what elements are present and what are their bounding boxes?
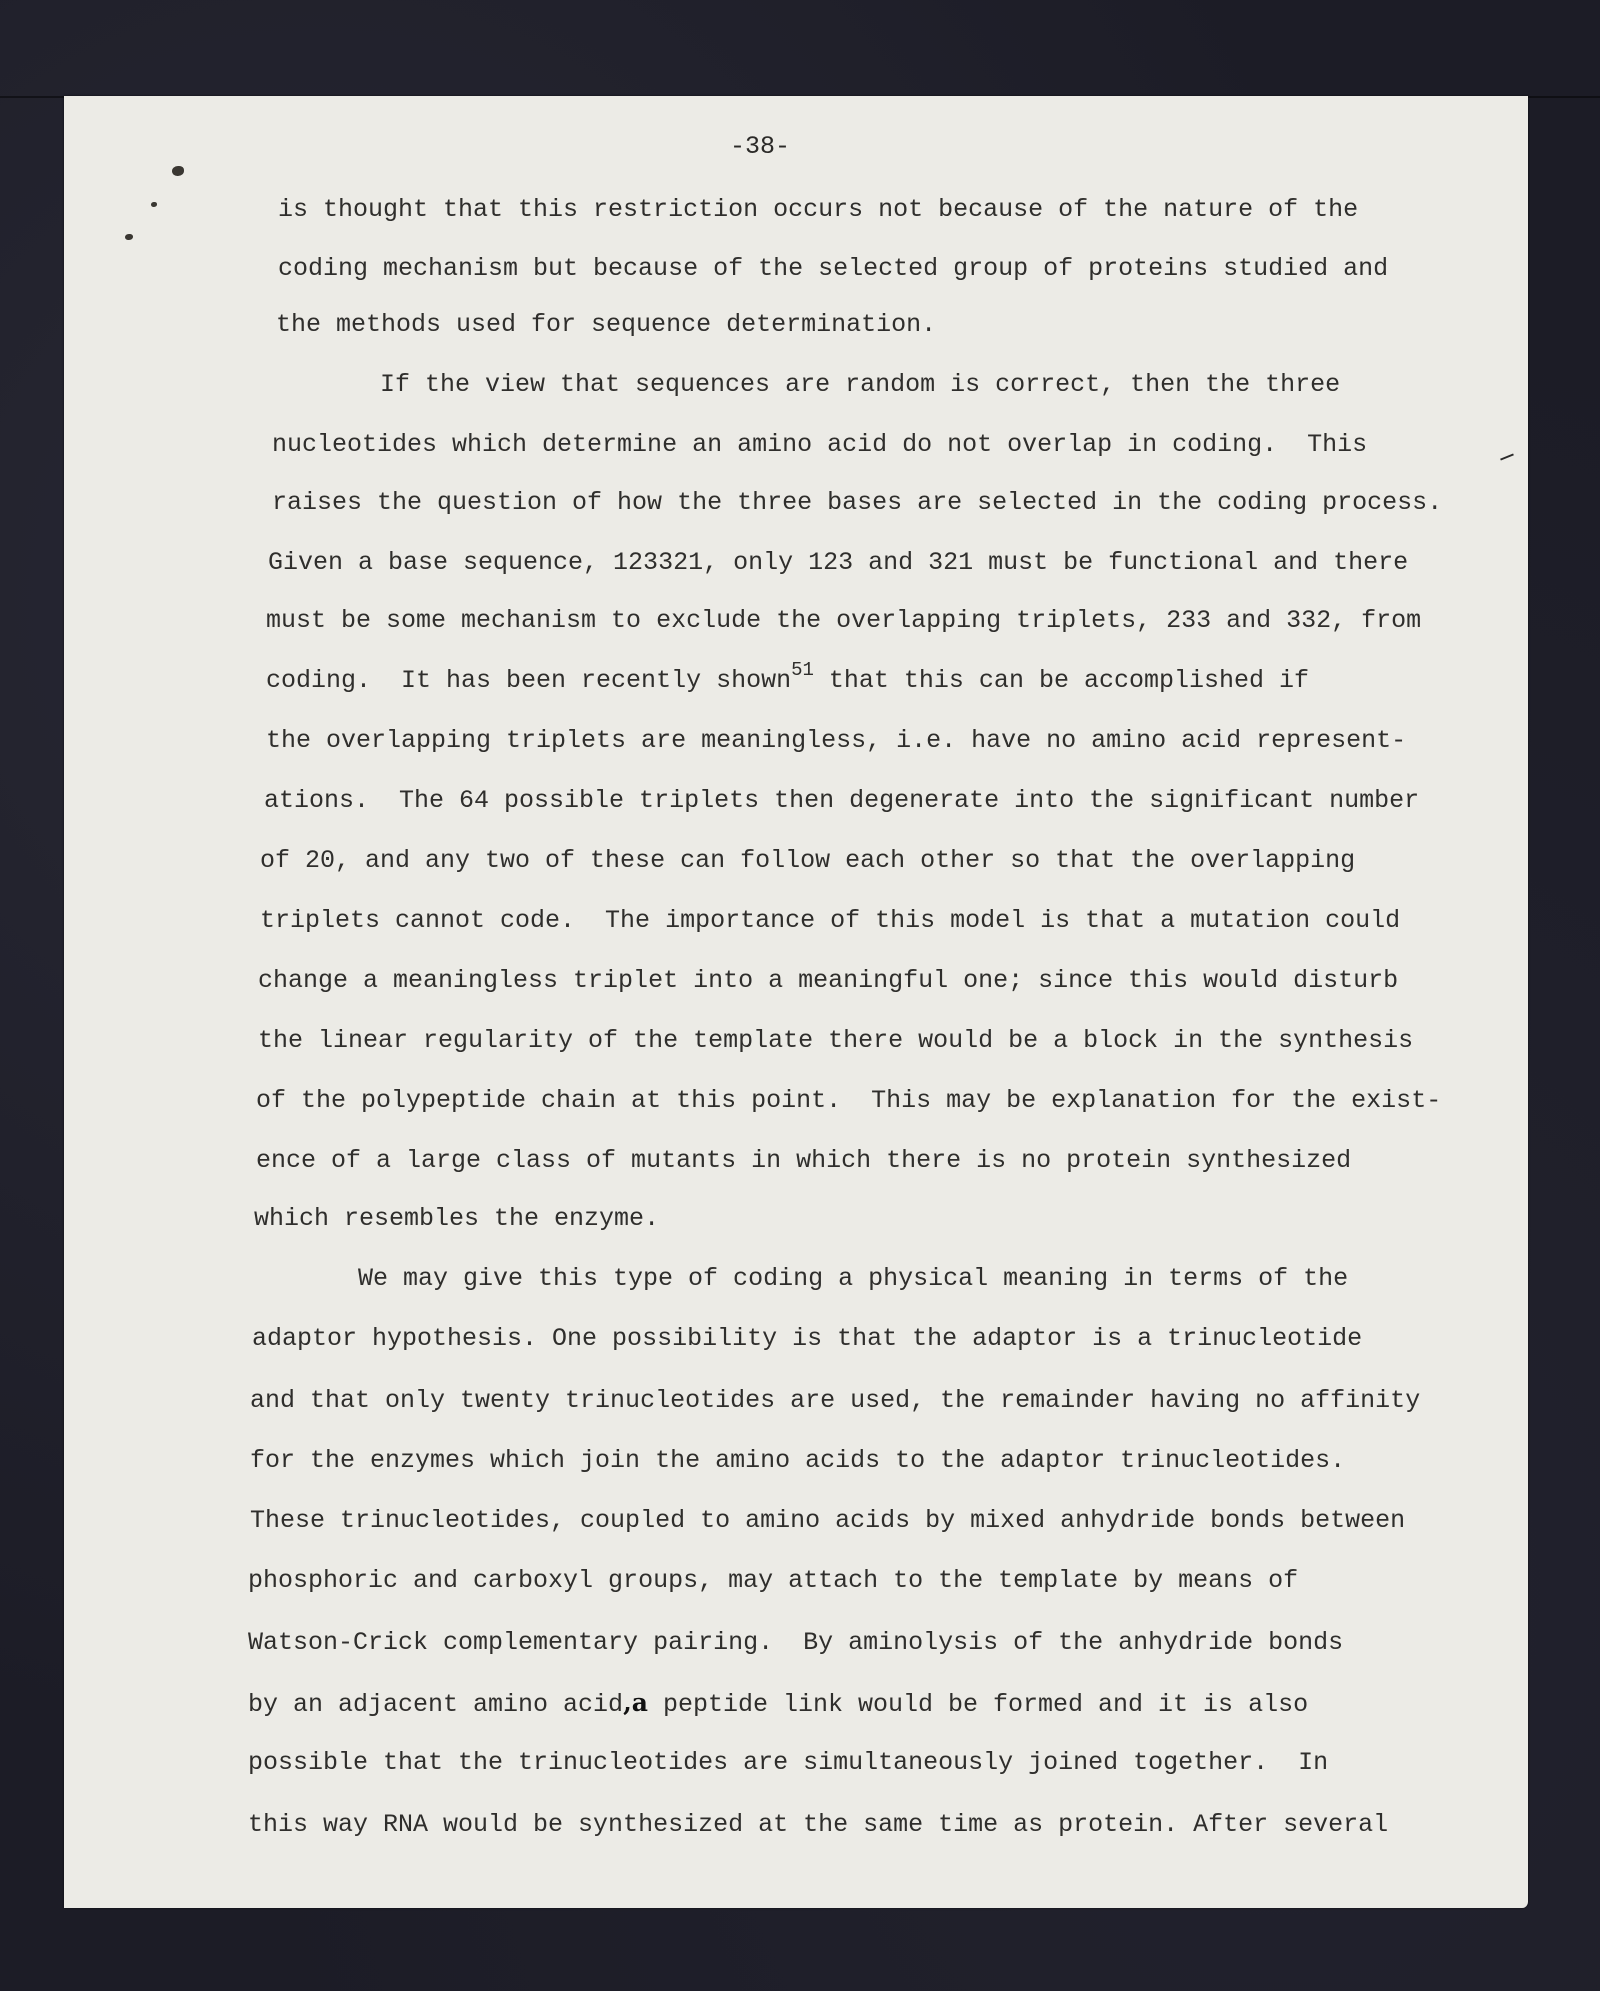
- text-segment: of 20, and any two of these can follow e…: [260, 846, 1355, 875]
- text-line: Watson-Crick complementary pairing. By a…: [248, 1628, 1343, 1658]
- text-segment: coding mechanism but because of the sele…: [278, 254, 1388, 283]
- text-line: ations. The 64 possible triplets then de…: [264, 786, 1419, 816]
- text-line: adaptor hypothesis. One possibility is t…: [252, 1324, 1362, 1354]
- text-segment: Watson-Crick complementary pairing. By a…: [248, 1628, 1343, 1657]
- text-segment: the linear regularity of the template th…: [258, 1026, 1413, 1055]
- text-segment: the methods used for sequence determinat…: [276, 310, 936, 339]
- text-segment: We may give this type of coding a physic…: [358, 1264, 1348, 1293]
- text-line: of the polypeptide chain at this point. …: [256, 1086, 1441, 1116]
- text-line: change a meaningless triplet into a mean…: [258, 966, 1398, 996]
- text-line: for the enzymes which join the amino aci…: [250, 1446, 1345, 1476]
- text-segment: for the enzymes which join the amino aci…: [250, 1446, 1345, 1475]
- text-line: of 20, and any two of these can follow e…: [260, 846, 1355, 876]
- text-segment: must be some mechanism to exclude the ov…: [266, 606, 1421, 635]
- text-line: possible that the trinucleotides are sim…: [248, 1748, 1328, 1778]
- text-line: which resembles the enzyme.: [254, 1204, 659, 1234]
- text-line: phosphoric and carboxyl groups, may atta…: [248, 1566, 1298, 1596]
- text-segment: These trinucleotides, coupled to amino a…: [250, 1506, 1405, 1535]
- text-segment: ations. The 64 possible triplets then de…: [264, 786, 1419, 815]
- text-line: coding. It has been recently shown51 tha…: [266, 666, 1309, 697]
- text-segment: triplets cannot code. The importance of …: [260, 906, 1400, 935]
- text-segment: change a meaningless triplet into a mean…: [258, 966, 1398, 995]
- text-segment: If the view that sequences are random is…: [380, 370, 1340, 399]
- text-line: We may give this type of coding a physic…: [358, 1264, 1348, 1294]
- text-segment: Given a base sequence, 123321, only 123 …: [268, 548, 1408, 577]
- text-line: triplets cannot code. The importance of …: [260, 906, 1400, 936]
- text-line: this way RNA would be synthesized at the…: [248, 1810, 1388, 1840]
- text-line: These trinucleotides, coupled to amino a…: [250, 1506, 1405, 1536]
- text-segment: raises the question of how the three bas…: [272, 488, 1442, 517]
- binder-hole-icon: [125, 234, 133, 240]
- text-line: and that only twenty trinucleotides are …: [250, 1386, 1420, 1416]
- text-segment: peptide link would be formed and it is a…: [648, 1690, 1308, 1719]
- text-segment: of the polypeptide chain at this point. …: [256, 1086, 1441, 1115]
- text-line: the overlapping triplets are meaningless…: [266, 726, 1406, 756]
- text-line: must be some mechanism to exclude the ov…: [266, 606, 1421, 636]
- text-segment: the overlapping triplets are meaningless…: [266, 726, 1406, 755]
- text-segment: phosphoric and carboxyl groups, may atta…: [248, 1566, 1298, 1595]
- text-line: If the view that sequences are random is…: [380, 370, 1340, 400]
- text-line: coding mechanism but because of the sele…: [278, 254, 1388, 284]
- text-segment: and that only twenty trinucleotides are …: [250, 1386, 1420, 1415]
- text-segment: by an adjacent amino acid: [248, 1690, 623, 1719]
- handwritten-insertion: ,a: [623, 1688, 648, 1717]
- text-segment: which resembles the enzyme.: [254, 1204, 659, 1233]
- text-line: nucleotides which determine an amino aci…: [272, 430, 1367, 460]
- text-line: ence of a large class of mutants in whic…: [256, 1146, 1351, 1176]
- text-line: Given a base sequence, 123321, only 123 …: [268, 548, 1408, 578]
- text-line: is thought that this restriction occurs …: [278, 195, 1358, 225]
- text-line: raises the question of how the three bas…: [272, 488, 1442, 518]
- text-segment: nucleotides which determine an amino aci…: [272, 430, 1367, 459]
- text-line: by an adjacent amino acid,a peptide link…: [248, 1688, 1308, 1720]
- text-segment: ence of a large class of mutants in whic…: [256, 1146, 1351, 1175]
- binder-hole-icon: [172, 166, 184, 176]
- page-number: -38-: [730, 132, 790, 161]
- text-segment: possible that the trinucleotides are sim…: [248, 1748, 1328, 1777]
- text-line: the methods used for sequence determinat…: [276, 310, 936, 340]
- text-segment: that this can be accomplished if: [814, 666, 1309, 695]
- text-line: the linear regularity of the template th…: [258, 1026, 1413, 1056]
- text-segment: is thought that this restriction occurs …: [278, 195, 1358, 224]
- footnote-reference: 51: [791, 659, 814, 681]
- text-segment: this way RNA would be synthesized at the…: [248, 1810, 1388, 1839]
- text-segment: coding. It has been recently shown: [266, 666, 791, 695]
- text-segment: adaptor hypothesis. One possibility is t…: [252, 1324, 1362, 1353]
- binder-hole-icon: [151, 202, 157, 207]
